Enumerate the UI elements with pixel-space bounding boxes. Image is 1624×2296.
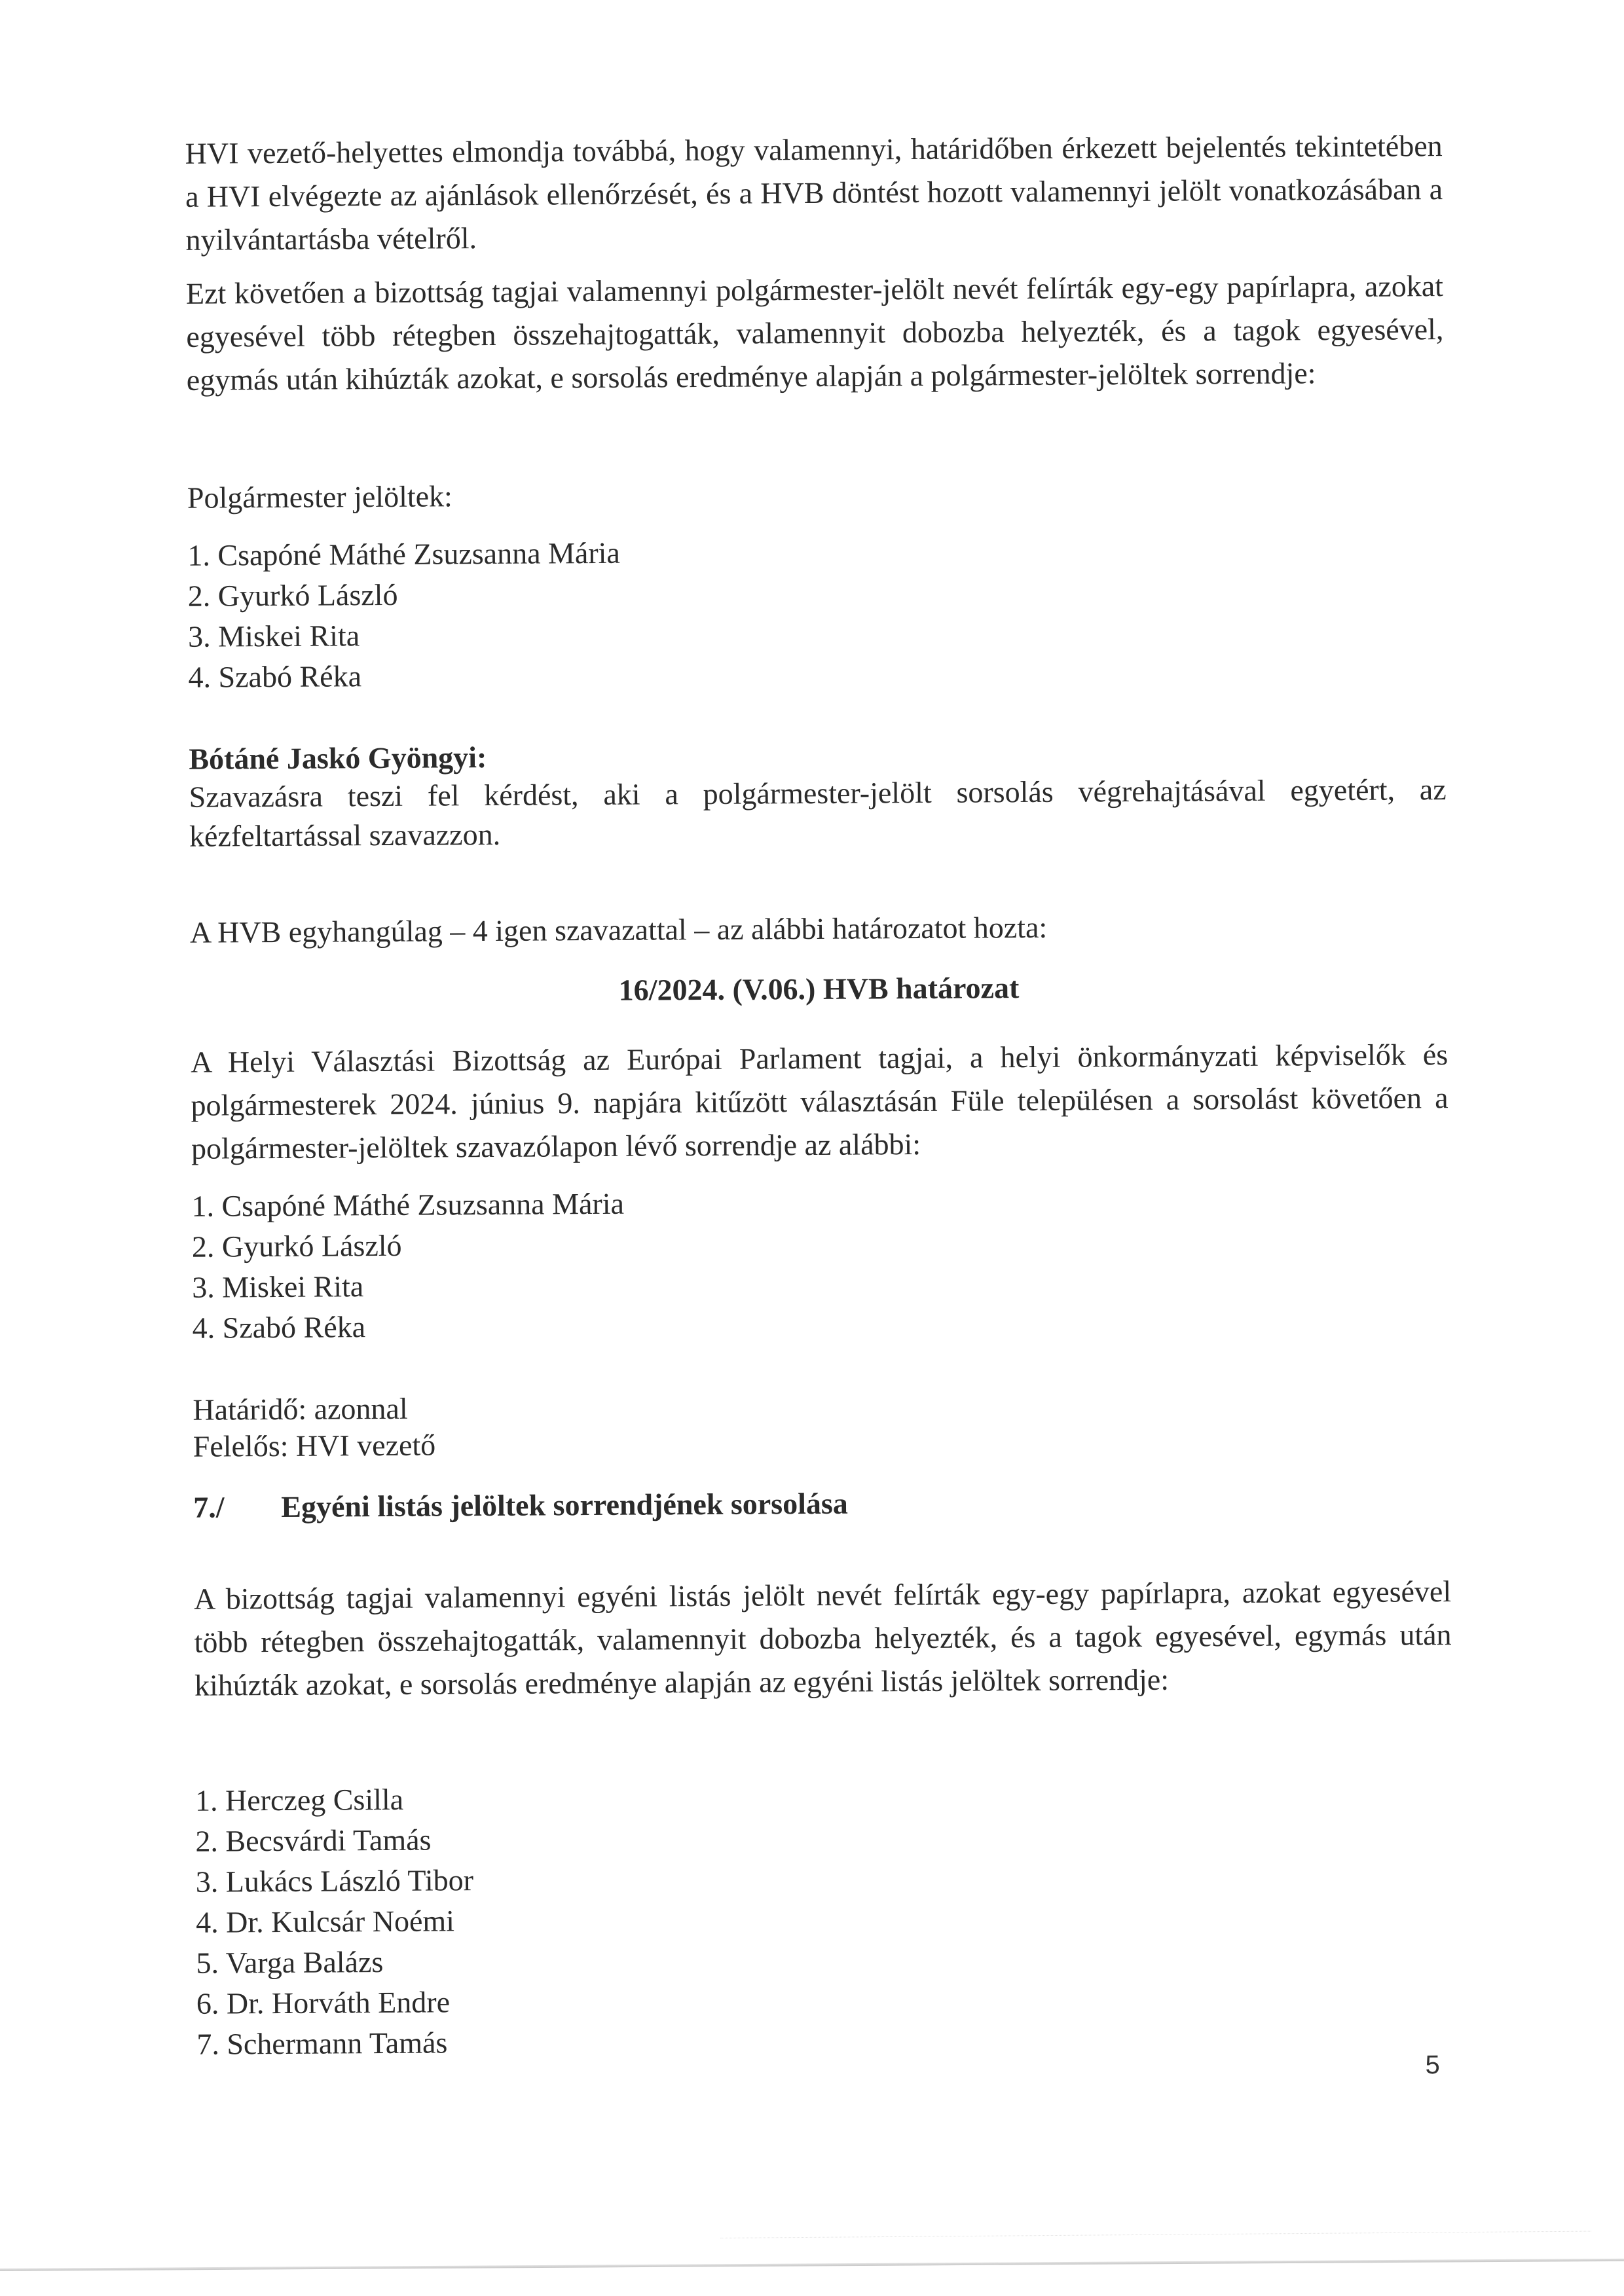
list-item: 2. Becsvárdi Tamás — [195, 1813, 1452, 1862]
responsible: Felelős: HVI vezető — [193, 1421, 1450, 1465]
mayor-candidates-list: 1. Csapóné Máthé Zsuzsanna Mária 2. Gyur… — [187, 528, 1445, 698]
speaker-block: Bótáné Jaskó Gyöngyi: Szavazásra teszi f… — [189, 733, 1447, 856]
individual-candidates-list: 1. Herczeg Csilla 2. Becsvárdi Tamás 3. … — [195, 1773, 1454, 2065]
list-item: 5. Varga Balázs — [196, 1935, 1453, 1984]
section-number: 7./ — [193, 1485, 281, 1529]
individual-draw-text: A bizottság tagjai valamennyi egyéni lis… — [194, 1570, 1452, 1707]
list-item: 7. Schermann Tamás — [196, 2016, 1454, 2065]
vote-result: A HVB egyhangúlag – 4 igen szavazattal –… — [190, 903, 1447, 955]
list-item: 3. Miskei Rita — [188, 609, 1445, 657]
section-heading: 7./Egyéni listás jelöltek sorrendjének s… — [193, 1482, 848, 1529]
resolution-title: 16/2024. (V.06.) HVB határozat — [190, 964, 1447, 1015]
deadline-responsible: Határidő: azonnal Felelős: HVI vezető — [193, 1384, 1450, 1465]
page-number: 5 — [1425, 2050, 1440, 2080]
mayor-candidates-label-text: Polgármester jelöltek: — [187, 469, 1445, 520]
list-item: 6. Dr. Horváth Endre — [196, 1976, 1454, 2024]
resolution-candidates-list: 1. Csapóné Máthé Zsuzsanna Mária 2. Gyur… — [191, 1178, 1449, 1349]
list-item: 1. Csapóné Máthé Zsuzsanna Mária — [191, 1178, 1449, 1227]
list-item: 3. Miskei Rita — [192, 1260, 1449, 1308]
list-item: 4. Szabó Réka — [192, 1300, 1449, 1349]
draw-text: Ezt követően a bizottság tagjai valamenn… — [186, 264, 1444, 402]
list-item: 4. Szabó Réka — [188, 649, 1445, 698]
mayor-candidates-label: Polgármester jelöltek: — [187, 469, 1445, 520]
resolution-text: A Helyi Választási Bizottság az Európai … — [191, 1033, 1449, 1171]
resolution-paragraph: A Helyi Választási Bizottság az Európai … — [191, 1033, 1449, 1171]
list-item: 1. Csapóné Máthé Zsuzsanna Mária — [187, 528, 1445, 576]
draw-paragraph: Ezt követően a bizottság tagjai valamenn… — [186, 264, 1444, 402]
speaker-statement: Szavazásra teszi fel kérdést, aki a polg… — [189, 770, 1447, 856]
section-title: Egyéni listás jelöltek sorrendjének sors… — [281, 1487, 848, 1523]
list-item: 3. Lukács László Tibor — [196, 1854, 1453, 1903]
document-page: HVI vezető-helyettes elmondja továbbá, h… — [0, 0, 1624, 2296]
list-item: 4. Dr. Kulcsár Noémi — [196, 1895, 1453, 1943]
list-item: 2. Gyurkó László — [192, 1219, 1449, 1267]
individual-draw-paragraph: A bizottság tagjai valamennyi egyéni lis… — [194, 1570, 1452, 1707]
vote-result-text: A HVB egyhangúlag – 4 igen szavazattal –… — [190, 903, 1447, 955]
intro-paragraph: HVI vezető-helyettes elmondja továbbá, h… — [185, 124, 1443, 262]
list-item: 1. Herczeg Csilla — [195, 1773, 1452, 1821]
intro-text: HVI vezető-helyettes elmondja továbbá, h… — [185, 124, 1443, 262]
list-item: 2. Gyurkó László — [188, 568, 1445, 617]
resolution-title-text: 16/2024. (V.06.) HVB határozat — [190, 964, 1447, 1015]
